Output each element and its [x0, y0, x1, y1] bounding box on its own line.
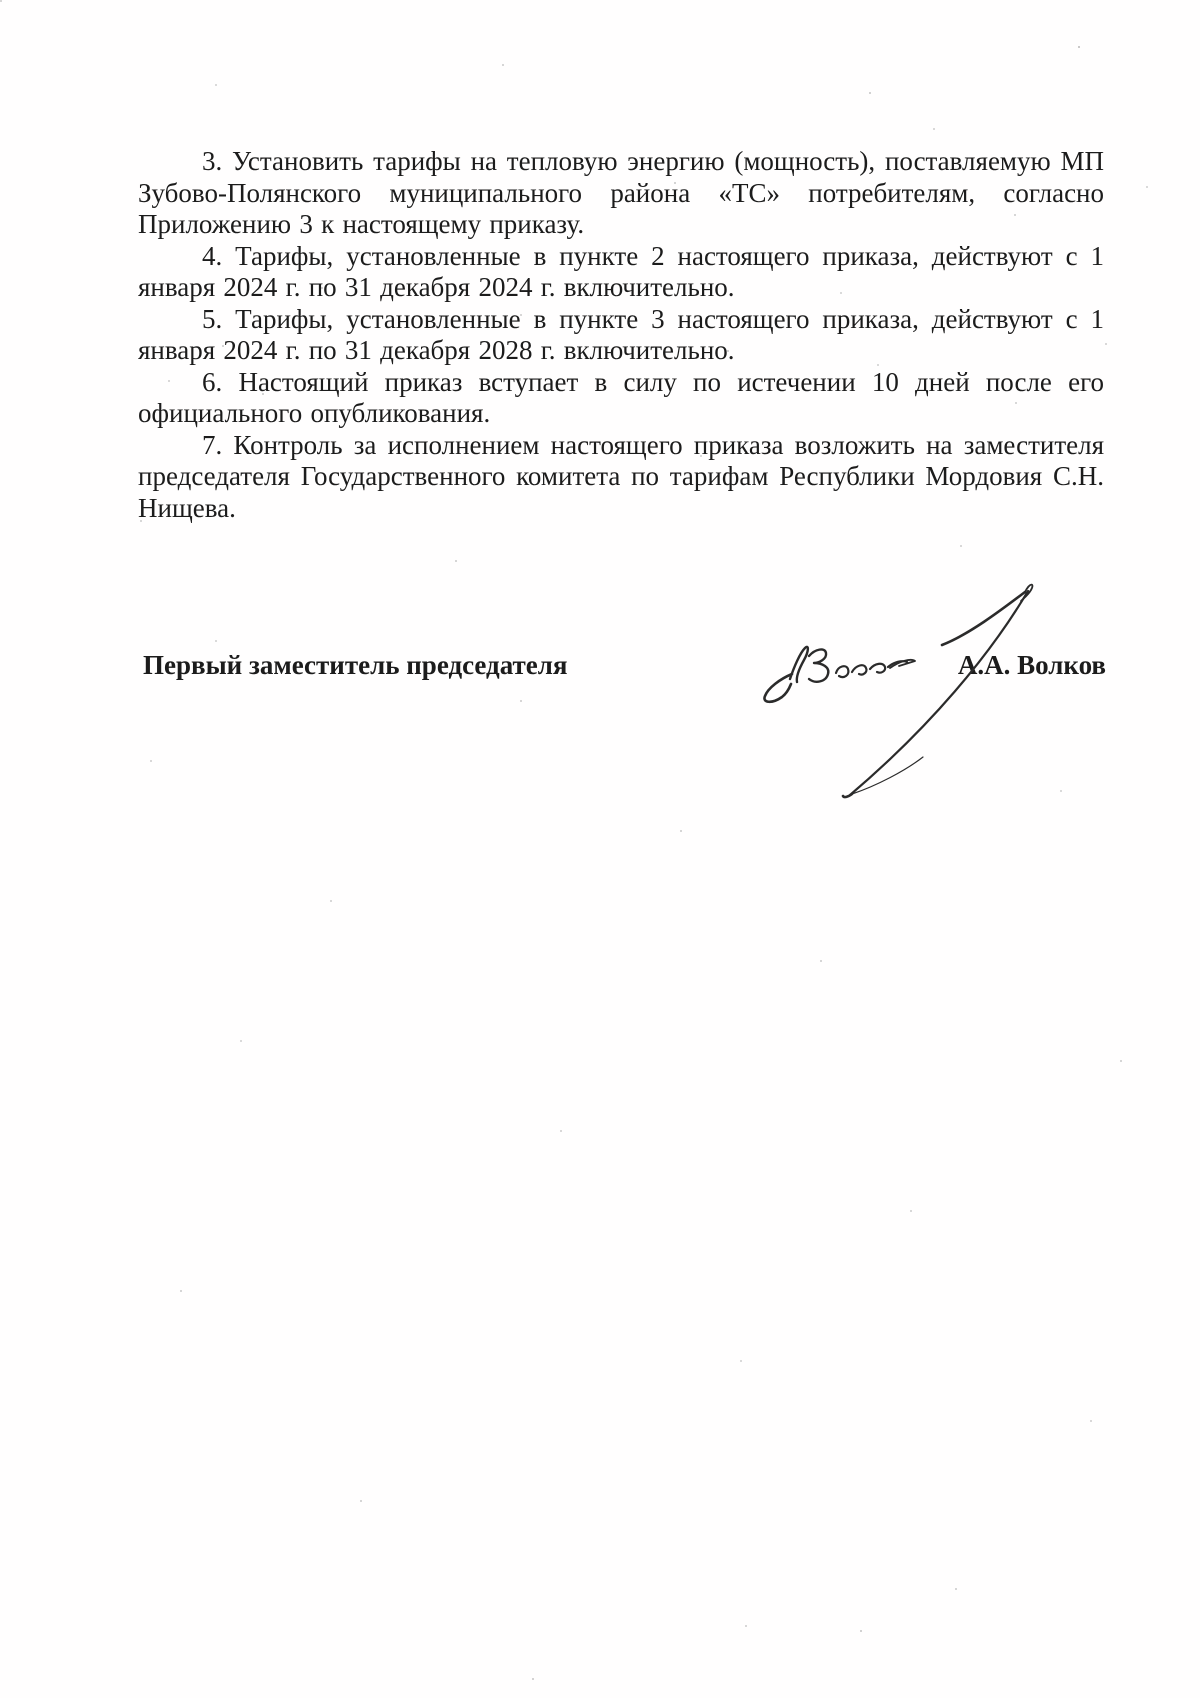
order-paragraph-4: 4. Тарифы, установленные в пункте 2 наст… — [138, 241, 1104, 304]
handwritten-signature-icon — [680, 575, 1040, 810]
order-paragraph-7: 7. Контроль за исполнением настоящего пр… — [138, 430, 1104, 525]
order-paragraph-3: 3. Установить тарифы на тепловую энергию… — [138, 146, 1104, 241]
document-page: 3. Установить тарифы на тепловую энергию… — [0, 0, 1200, 1698]
order-text-block: 3. Установить тарифы на тепловую энергию… — [138, 146, 1104, 524]
signer-position-title: Первый заместитель председателя — [143, 650, 568, 681]
order-paragraph-6: 6. Настоящий приказ вступает в силу по и… — [138, 367, 1104, 430]
scan-noise — [0, 0, 2, 2]
order-paragraph-5: 5. Тарифы, установленные в пункте 3 наст… — [138, 304, 1104, 367]
